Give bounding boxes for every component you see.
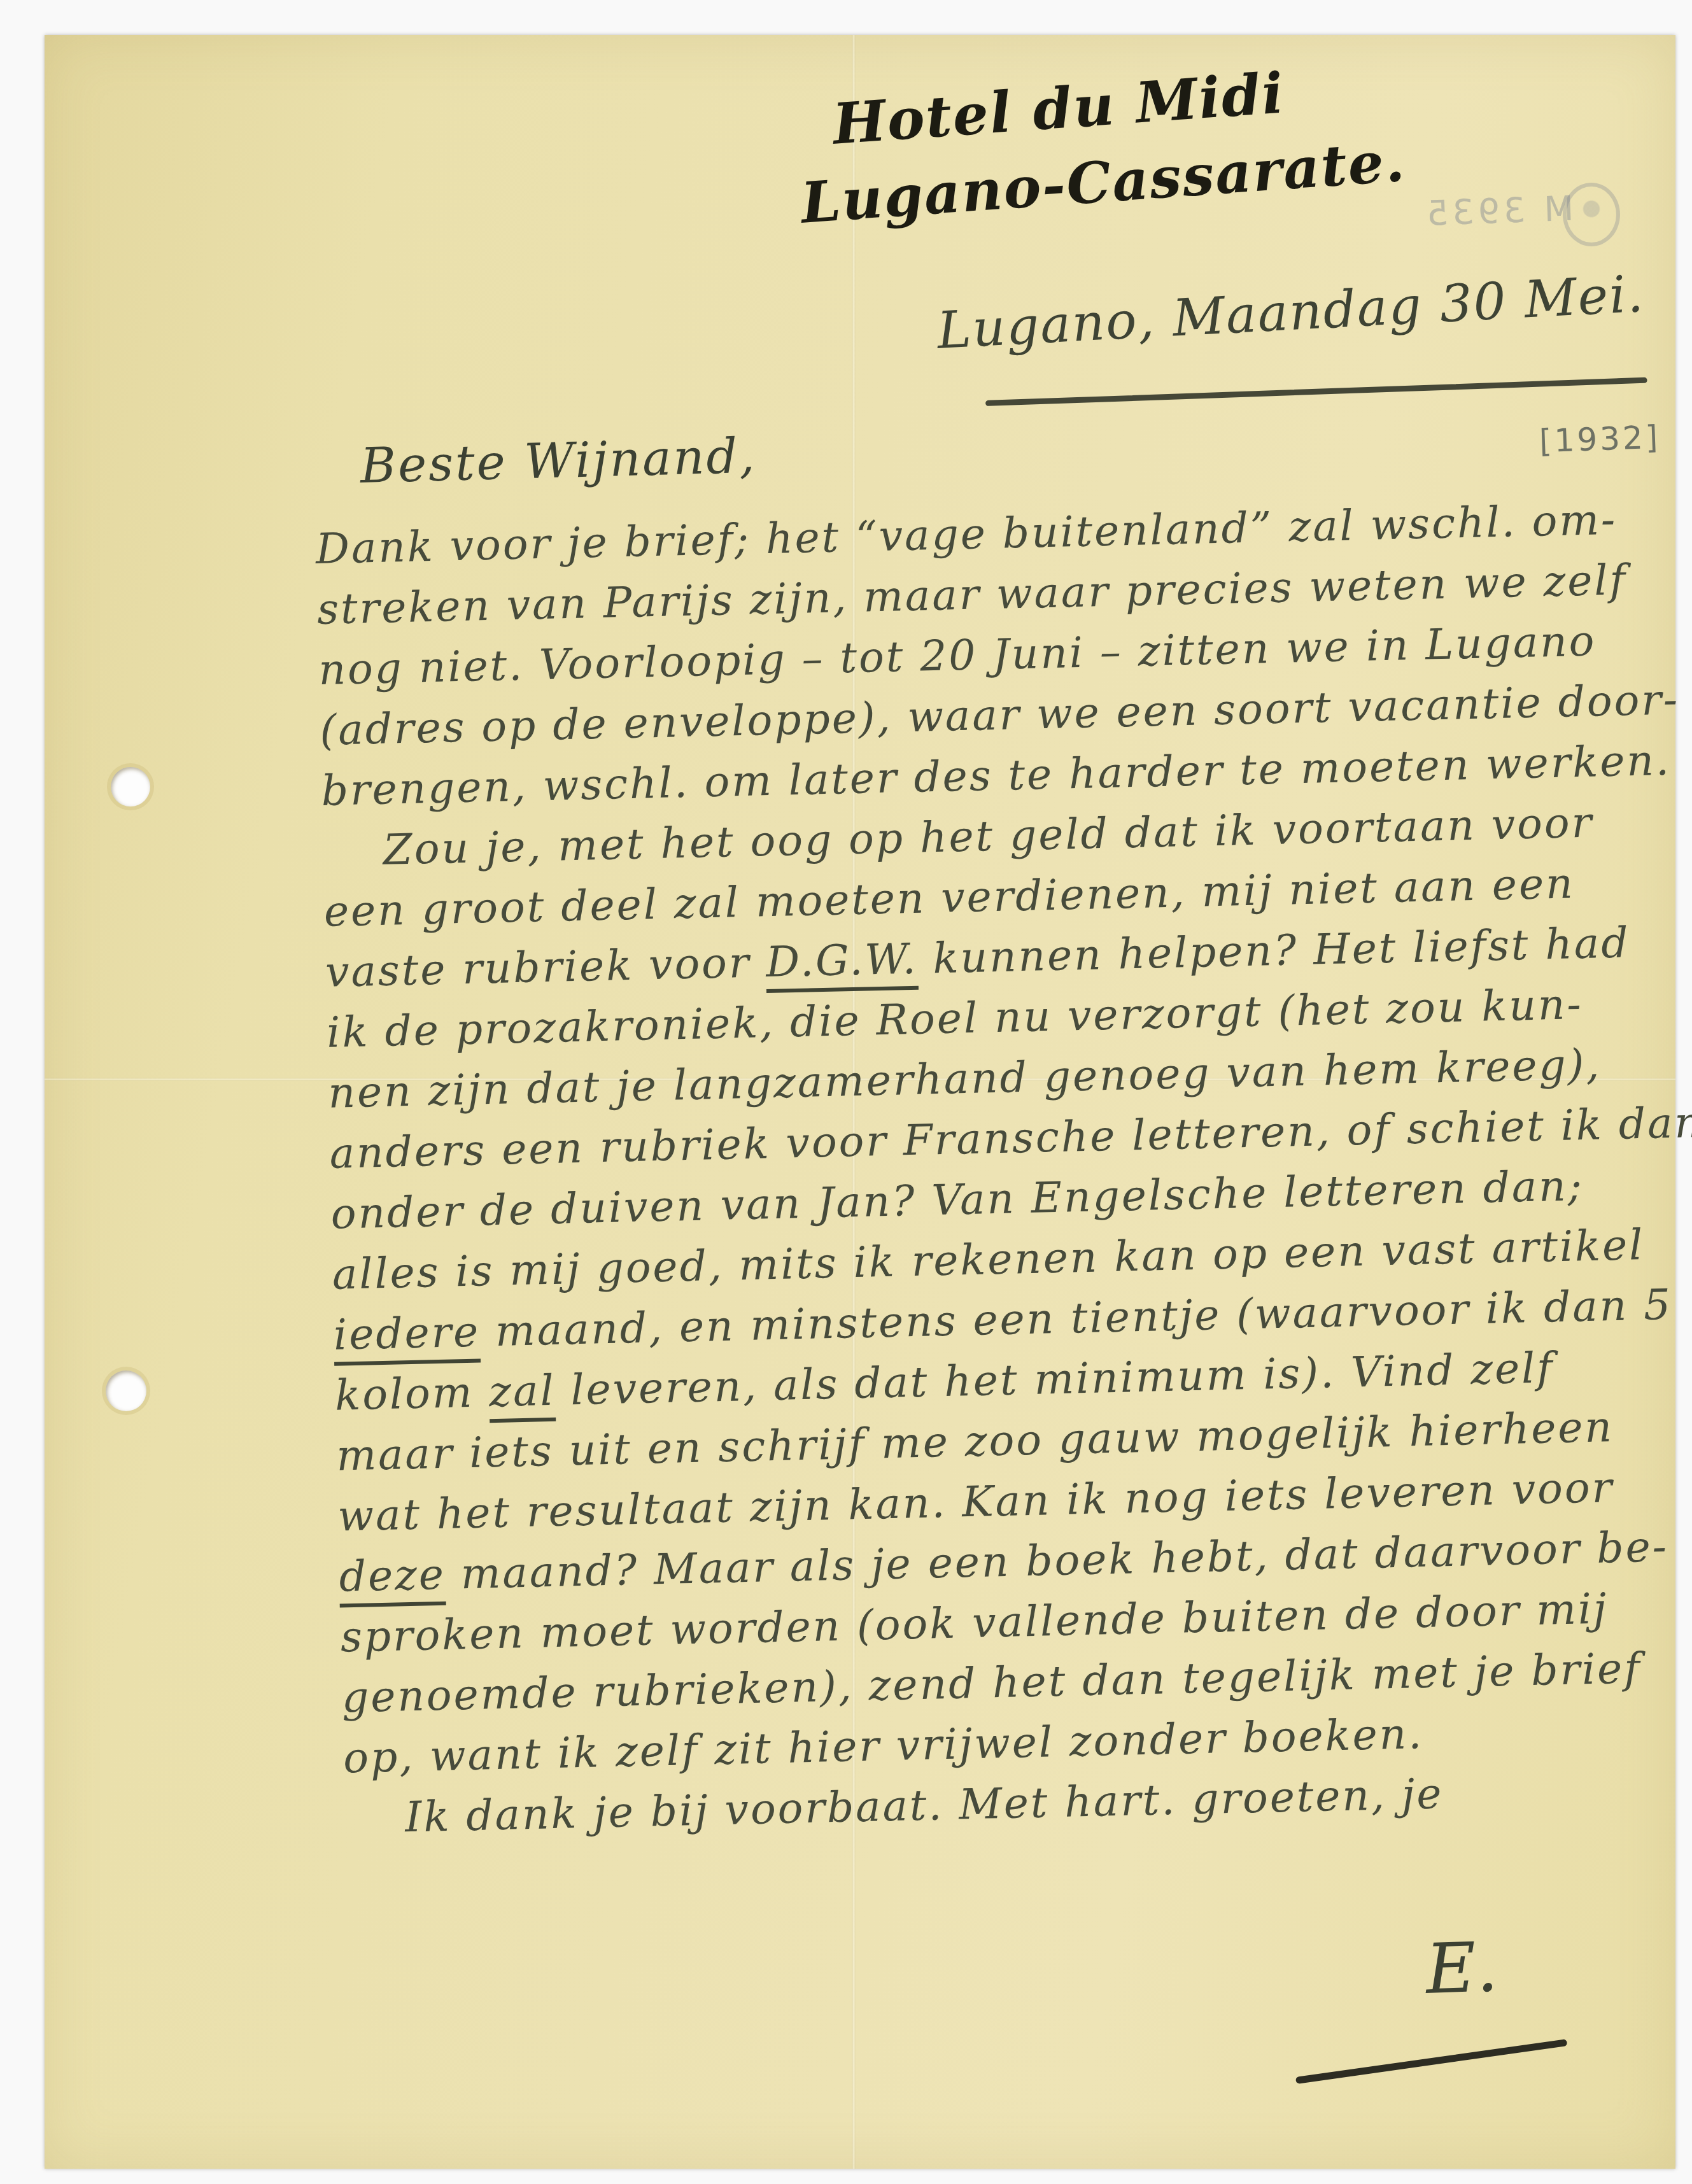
archive-stamp-crest-icon (1563, 183, 1620, 246)
signature-underline (1295, 2039, 1567, 2084)
signature-initial: E. (1425, 1927, 1499, 2010)
dateline-underline (985, 377, 1647, 406)
punch-hole-top (111, 767, 150, 807)
archive-stamp-number: M 3935 (1422, 188, 1574, 234)
punch-hole-bottom (106, 1370, 146, 1411)
year-annotation: [1932] (1539, 419, 1661, 460)
letter-body: Dank voor je brief; het “vage buitenland… (315, 487, 1692, 1849)
salutation: Beste Wijnand, (360, 427, 757, 494)
dateline: Lugano, Maandag 30 Mei. (936, 264, 1646, 360)
scanned-letter-page: M 3935 Hotel du Midi Lugano-Cassarate. L… (0, 0, 1692, 2184)
letter-paper: M 3935 Hotel du Midi Lugano-Cassarate. L… (45, 35, 1675, 2169)
